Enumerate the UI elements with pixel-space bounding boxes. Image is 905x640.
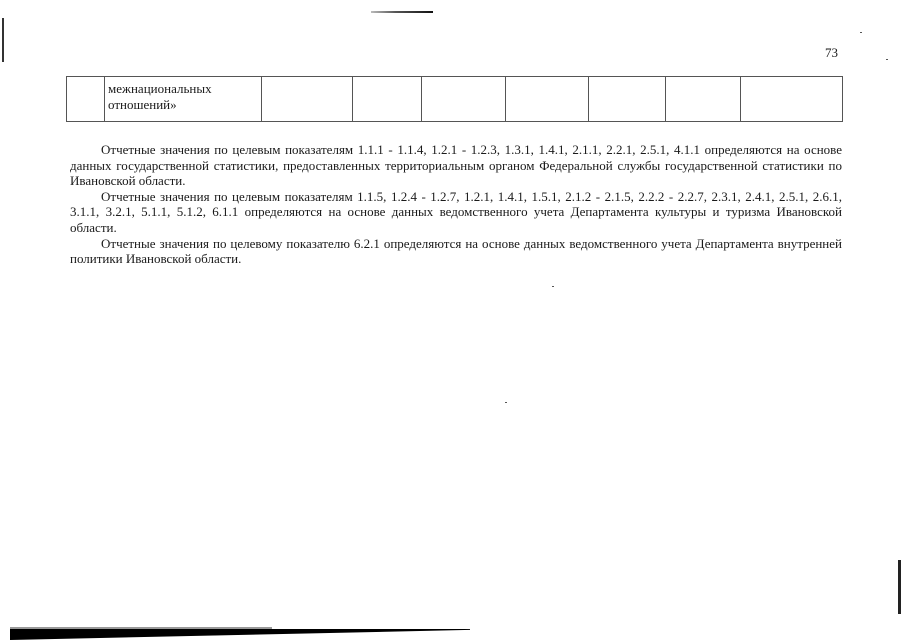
scan-speck — [860, 32, 862, 33]
bottom-scan-shadow — [10, 627, 272, 629]
continued-table: межнациональных отношений» — [66, 76, 843, 122]
paragraph-culture-department: Отчетные значения по целевым показателям… — [70, 189, 842, 236]
table-cell — [262, 77, 353, 122]
table-cell — [666, 77, 741, 122]
cell-text-line: межнациональных — [108, 81, 258, 97]
body-text: Отчетные значения по целевым показателям… — [70, 142, 842, 267]
cell-text-line: отношений» — [108, 97, 258, 113]
paragraph-internal-policy-department: Отчетные значения по целевому показателю… — [70, 236, 842, 267]
table-cell — [353, 77, 422, 122]
table-cell-number — [67, 77, 105, 122]
scan-speck — [886, 59, 888, 60]
table-cell — [422, 77, 506, 122]
paragraph-state-statistics: Отчетные значения по целевым показателям… — [70, 142, 842, 189]
scan-speck — [552, 286, 554, 287]
table-cell — [741, 77, 843, 122]
table-row: межнациональных отношений» — [67, 77, 843, 122]
left-scan-mark — [2, 18, 4, 62]
bottom-scan-edge — [10, 629, 470, 640]
table-cell-name: межнациональных отношений» — [105, 77, 262, 122]
scan-speck — [505, 402, 507, 403]
top-scan-rule — [371, 11, 433, 13]
page-number: 73 — [825, 45, 838, 61]
table-cell — [589, 77, 666, 122]
right-scan-mark — [898, 560, 901, 614]
table-cell — [506, 77, 589, 122]
